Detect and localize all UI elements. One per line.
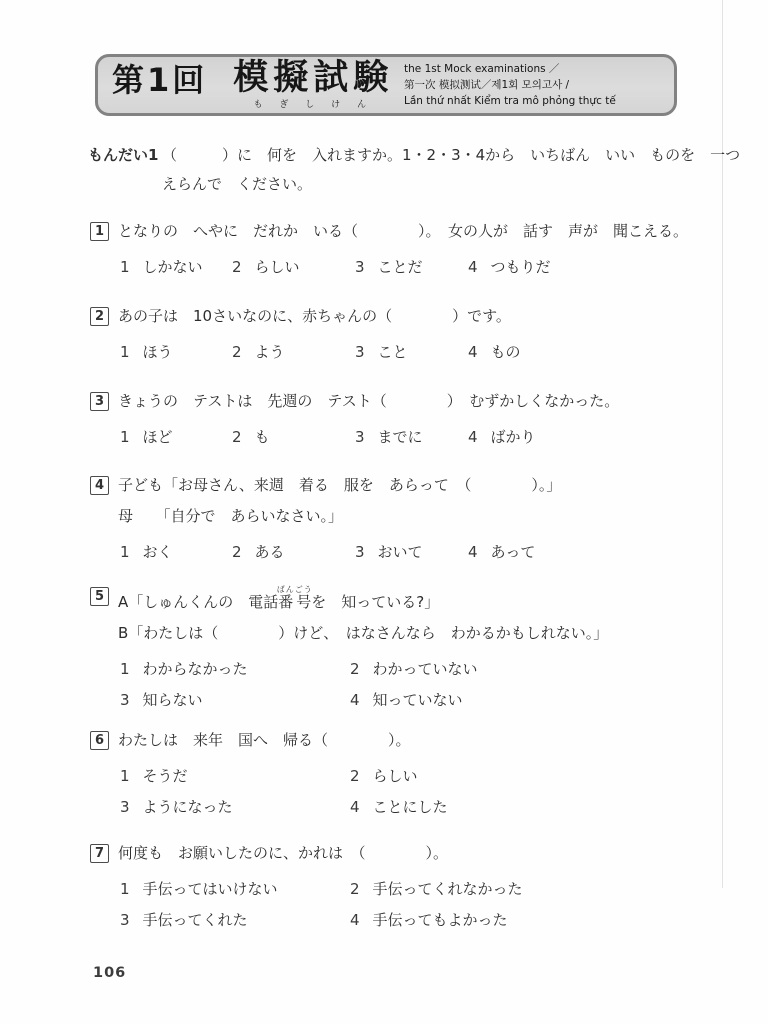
option-3: 3ようになった	[120, 796, 350, 819]
question-5-text-line1: A「しゅんくんの 電話番号ばんごうを 知っている?」	[118, 585, 439, 614]
translation-line-english: the 1st Mock examinations ／	[404, 61, 662, 77]
option-2-label: も	[255, 426, 270, 449]
option-4: 4あって	[468, 541, 730, 564]
question-4: 4 子ども「お母さん、来週 着る 服を あらって （ ）。」 母 「自分で あら…	[90, 474, 730, 564]
option-4: 4ことにした	[350, 796, 730, 819]
question-4-options: 1おく 2ある 3おいて 4あって	[120, 541, 730, 564]
option-2-number: 2	[232, 341, 242, 364]
question-7-text: 何度も お願いしたのに、かれは （ ）。	[118, 842, 448, 865]
option-3-label: 手伝ってくれた	[143, 909, 248, 932]
question-3-options: 1ほど 2も 3までに 4ばかり	[120, 426, 730, 449]
exam-title-furigana: も ぎ し け ん	[254, 97, 373, 110]
option-3-label: おいて	[378, 541, 423, 564]
option-3-number: 3	[355, 341, 365, 364]
question-2-sentence: 2 あの子は 10さいなのに、赤ちゃんの（ ）です。	[90, 305, 730, 328]
question-2: 2 あの子は 10さいなのに、赤ちゃんの（ ）です。 1ほう 2よう 3こと 4…	[90, 305, 730, 364]
question-4-sentence-mother: 母 「自分で あらいなさい。」	[118, 505, 730, 528]
option-1-number: 1	[120, 765, 130, 788]
question-5-options: 1わからなかった 2わかっていない 3知らない 4知っていない	[120, 658, 730, 712]
option-1-label: 手伝ってはいけない	[143, 878, 278, 901]
option-4-label: あって	[491, 541, 536, 564]
option-4-number: 4	[468, 341, 478, 364]
question-6-sentence: 6 わたしは 来年 国へ 帰る（ ）。	[90, 729, 730, 752]
question-5-text-line2: B「わたしは（ ）けど、 はなさんなら わかるかもしれない。」	[118, 622, 608, 645]
option-4-number: 4	[468, 256, 478, 279]
question-1-options: 1しかない 2らしい 3ことだ 4つもりだ	[120, 256, 730, 279]
question-4-number-box: 4	[90, 476, 109, 495]
option-4: 4もの	[468, 341, 730, 364]
option-4-number: 4	[350, 796, 360, 819]
question-2-number-box: 2	[90, 307, 109, 326]
instruction-line-2: えらんで ください。	[162, 173, 740, 196]
instruction-label: もんだい1	[88, 144, 162, 167]
option-1: 1そうだ	[120, 765, 350, 788]
option-2: 2らしい	[350, 765, 730, 788]
option-3-number: 3	[355, 541, 365, 564]
option-1: 1しかない	[120, 256, 232, 279]
option-3-number: 3	[120, 909, 130, 932]
option-1-label: ほど	[143, 426, 173, 449]
option-2-label: ある	[255, 541, 285, 564]
option-1-label: ほう	[143, 341, 173, 364]
option-4-label: つもりだ	[491, 256, 551, 279]
option-2-number: 2	[350, 878, 360, 901]
exam-title-main-column: 模擬試験 も ぎ し け ん	[233, 60, 393, 111]
question-1-text: となりの へやに だれか いる（ ）。 女の人が 話す 声が 聞こえる。	[118, 220, 688, 243]
option-3: 3知らない	[120, 689, 350, 712]
option-1-number: 1	[120, 341, 130, 364]
question-3-text: きょうの テストは 先週の テスト（ ） むずかしくなかった。	[118, 390, 619, 413]
option-2: 2よう	[232, 341, 355, 364]
option-4-label: 知っていない	[373, 689, 463, 712]
option-2-label: らしい	[373, 765, 418, 788]
option-2-label: わかっていない	[373, 658, 478, 681]
option-1: 1手伝ってはいけない	[120, 878, 350, 901]
instruction-block: もんだい1 （ ）に 何を 入れますか。1・2・3・4から いちばん いい もの…	[88, 144, 740, 196]
question-5: 5 A「しゅんくんの 電話番号ばんごうを 知っている?」 B「わたしは（ ）けど…	[90, 585, 730, 712]
option-2-number: 2	[350, 658, 360, 681]
option-1-number: 1	[120, 878, 130, 901]
option-2: 2ある	[232, 541, 355, 564]
question-7-number-box: 7	[90, 844, 109, 863]
option-1-label: わからなかった	[143, 658, 248, 681]
option-3-label: こと	[378, 341, 408, 364]
option-4-label: もの	[491, 341, 521, 364]
question-5-number-box: 5	[90, 587, 109, 606]
option-3-number: 3	[355, 256, 365, 279]
option-4-label: ことにした	[373, 796, 448, 819]
option-2: 2わかっていない	[350, 658, 730, 681]
ruby-base: 番号	[277, 593, 313, 611]
option-3-label: までに	[378, 426, 423, 449]
option-2-number: 2	[232, 426, 242, 449]
question-6-options: 1そうだ 2らしい 3ようになった 4ことにした	[120, 765, 730, 819]
option-1: 1ほう	[120, 341, 232, 364]
option-3: 3こと	[355, 341, 468, 364]
option-1-number: 1	[120, 541, 130, 564]
question-5-line1-pre: A「しゅんくんの 電話	[118, 593, 278, 611]
question-3: 3 きょうの テストは 先週の テスト（ ） むずかしくなかった。 1ほど 2も…	[90, 390, 730, 449]
option-3: 3おいて	[355, 541, 468, 564]
question-3-number-box: 3	[90, 392, 109, 411]
option-4-label: 手伝ってもよかった	[373, 909, 508, 932]
question-5-sentence-a: 5 A「しゅんくんの 電話番号ばんごうを 知っている?」	[90, 585, 730, 614]
option-4: 4ばかり	[468, 426, 730, 449]
question-1-sentence: 1 となりの へやに だれか いる（ ）。 女の人が 話す 声が 聞こえる。	[90, 220, 730, 243]
option-4-label: ばかり	[491, 426, 536, 449]
ruby-furigana: ばんごう	[277, 585, 313, 594]
question-2-options: 1ほう 2よう 3こと 4もの	[120, 341, 730, 364]
option-2-label: らしい	[255, 256, 300, 279]
option-3-number: 3	[120, 689, 130, 712]
scanned-exam-page: 第1回 模擬試験 も ぎ し け ん the 1st Mock examinat…	[0, 0, 768, 1024]
option-3: 3ことだ	[355, 256, 468, 279]
option-2: 2手伝ってくれなかった	[350, 878, 730, 901]
option-2-label: よう	[255, 341, 285, 364]
question-4-sentence-child: 4 子ども「お母さん、来週 着る 服を あらって （ ）。」	[90, 474, 730, 497]
option-4: 4つもりだ	[468, 256, 730, 279]
question-4-text-line2: 母 「自分で あらいなさい。」	[118, 505, 343, 528]
question-5-line1-post: を 知っている?」	[311, 593, 439, 611]
option-1-label: そうだ	[143, 765, 188, 788]
exam-title: 第1回 模擬試験 も ぎ し け ん	[112, 60, 393, 111]
question-5-sentence-b: B「わたしは（ ）けど、 はなさんなら わかるかもしれない。」	[118, 622, 730, 645]
option-2-label: 手伝ってくれなかった	[373, 878, 523, 901]
option-3: 3手伝ってくれた	[120, 909, 350, 932]
question-1: 1 となりの へやに だれか いる（ ）。 女の人が 話す 声が 聞こえる。 1…	[90, 220, 730, 279]
option-4: 4知っていない	[350, 689, 730, 712]
option-1: 1わからなかった	[120, 658, 350, 681]
option-3-label: ことだ	[378, 256, 423, 279]
question-4-text-line1: 子ども「お母さん、来週 着る 服を あらって （ ）。」	[118, 474, 561, 497]
question-7-options: 1手伝ってはいけない 2手伝ってくれなかった 3手伝ってくれた 4手伝ってもよか…	[120, 878, 730, 932]
question-6-text: わたしは 来年 国へ 帰る（ ）。	[118, 729, 411, 752]
option-2: 2らしい	[232, 256, 355, 279]
exam-title-translations: the 1st Mock examinations ／ 第一次 模拟测试／제1회…	[404, 61, 662, 110]
option-1: 1おく	[120, 541, 232, 564]
option-4-number: 4	[350, 909, 360, 932]
exam-header-box: 第1回 模擬試験 も ぎ し け ん the 1st Mock examinat…	[95, 54, 677, 116]
option-4-number: 4	[468, 426, 478, 449]
option-1-label: おく	[143, 541, 173, 564]
page-number: 106	[93, 965, 126, 981]
ruby-bangou: 番号ばんごう	[278, 593, 311, 611]
instruction-text: （ ）に 何を 入れますか。1・2・3・4から いちばん いい ものを 一つ え…	[162, 144, 740, 196]
question-2-text: あの子は 10さいなのに、赤ちゃんの（ ）です。	[118, 305, 511, 328]
option-4-number: 4	[468, 541, 478, 564]
instruction-line-1: （ ）に 何を 入れますか。1・2・3・4から いちばん いい ものを 一つ	[162, 144, 740, 167]
option-3-label: ようになった	[143, 796, 233, 819]
option-2-number: 2	[232, 541, 242, 564]
option-1-number: 1	[120, 658, 130, 681]
translation-line-chinese-korean: 第一次 模拟测试／제1회 모의고사 /	[404, 77, 662, 93]
question-7: 7 何度も お願いしたのに、かれは （ ）。 1手伝ってはいけない 2手伝ってく…	[90, 842, 730, 932]
question-7-sentence: 7 何度も お願いしたのに、かれは （ ）。	[90, 842, 730, 865]
exam-title-main: 模擬試験	[233, 60, 393, 97]
option-1-number: 1	[120, 426, 130, 449]
option-3-number: 3	[355, 426, 365, 449]
question-1-number-box: 1	[90, 222, 109, 241]
option-4: 4手伝ってもよかった	[350, 909, 730, 932]
option-2-number: 2	[232, 256, 242, 279]
option-3: 3までに	[355, 426, 468, 449]
option-3-number: 3	[120, 796, 130, 819]
question-6-number-box: 6	[90, 731, 109, 750]
option-3-label: 知らない	[143, 689, 203, 712]
option-2: 2も	[232, 426, 355, 449]
option-4-number: 4	[350, 689, 360, 712]
option-2-number: 2	[350, 765, 360, 788]
option-1-label: しかない	[143, 256, 203, 279]
option-1: 1ほど	[120, 426, 232, 449]
question-3-sentence: 3 きょうの テストは 先週の テスト（ ） むずかしくなかった。	[90, 390, 730, 413]
option-1-number: 1	[120, 256, 130, 279]
question-6: 6 わたしは 来年 国へ 帰る（ ）。 1そうだ 2らしい 3ようになった 4こ…	[90, 729, 730, 819]
translation-line-vietnamese: Lần thứ nhất Kiểm tra mô phỏng thực tế	[404, 93, 662, 109]
exam-round-number: 第1回	[112, 60, 207, 98]
